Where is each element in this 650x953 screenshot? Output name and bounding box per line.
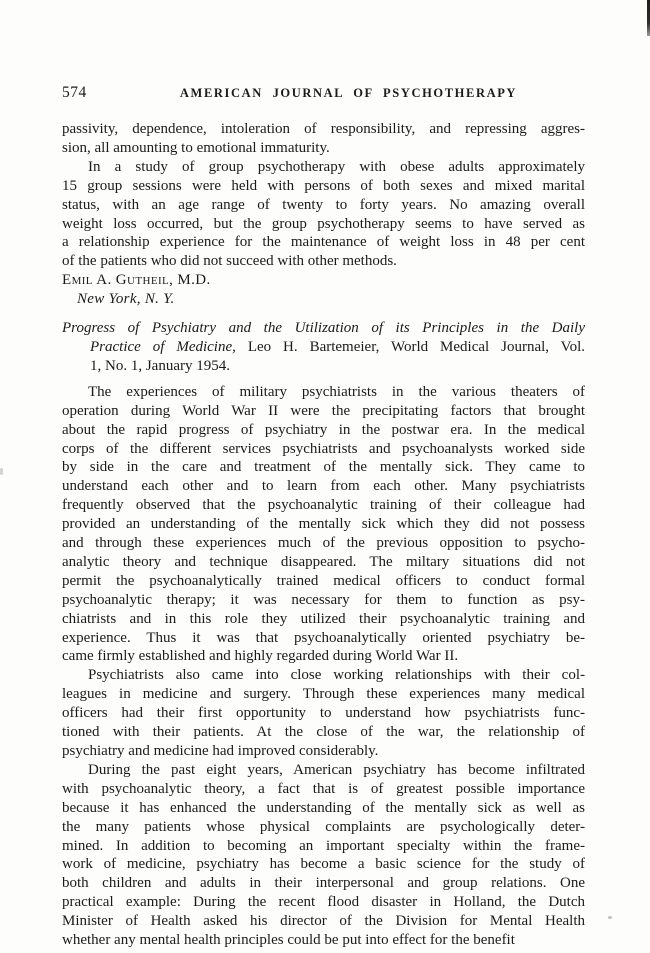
citation-source-part: 1, No. 1, January 1954. — [90, 358, 230, 374]
text-line: analytic theory and technique disappeare… — [62, 553, 585, 572]
text-line: weight loss occurred, but the group psyc… — [62, 215, 585, 234]
text-line: psychoanalytic therapy; it was necessary… — [62, 591, 585, 610]
journal-title: AMERICAN JOURNAL OF PSYCHOTHERAPY — [142, 86, 585, 101]
citation-source-part: Leo H. Bartemeier, World Medical Journal… — [236, 339, 585, 355]
text-line: a relationship experience for the mainte… — [62, 233, 585, 252]
text-line: with psychoanalytic theory, a fact that … — [62, 780, 585, 799]
scan-artifact-smudge — [0, 468, 3, 475]
text-line: practical example: During the recent flo… — [62, 893, 585, 912]
text-line: In a study of group psychotherapy with o… — [62, 158, 585, 177]
text-line: 15 group sessions were held with persons… — [62, 177, 585, 196]
text-line: about the rapid progress of psychiatry i… — [62, 421, 585, 440]
text-line: psychiatry and medicine had improved con… — [62, 742, 585, 761]
text-line: frequently observed that the psychoanaly… — [62, 496, 585, 515]
author-signature: Emil A. Gutheil, M.D. — [62, 271, 585, 290]
text-line: During the past eight years, American ps… — [62, 761, 585, 780]
citation-title-part: Progress of Psychiatry and the Utilizati… — [62, 320, 585, 336]
text-line: by side in the care and treatment of the… — [62, 458, 585, 477]
text-line: experience. Thus it was that psychoanaly… — [62, 629, 585, 648]
citation-line: Practice of Medicine, Leo H. Bartemeier,… — [62, 338, 585, 357]
text-line: status, with an age range of twenty to f… — [62, 196, 585, 215]
page-text-body: passivity, dependence, intoleration of r… — [62, 120, 585, 950]
text-line: Minister of Health asked his director of… — [62, 912, 585, 931]
page-number: 574 — [62, 84, 142, 102]
citation-title-part: Practice of Medicine, — [90, 339, 236, 355]
text-line: whether any mental health principles cou… — [62, 931, 585, 950]
text-line: the many patients whose physical complai… — [62, 818, 585, 837]
text-line: tioned with their patients. At the close… — [62, 723, 585, 742]
text-line: chiatrists and in this role they utilize… — [62, 610, 585, 629]
text-line: understand each other and to learn from … — [62, 477, 585, 496]
text-line: provided an understanding of the mentall… — [62, 515, 585, 534]
author-location: New York, N. Y. — [62, 290, 585, 309]
running-head: 574 AMERICAN JOURNAL OF PSYCHOTHERAPY — [62, 84, 585, 102]
text-line: work of medicine, psychiatry has become … — [62, 855, 585, 874]
text-line: because it has enhanced the understandin… — [62, 799, 585, 818]
citation-line: Progress of Psychiatry and the Utilizati… — [62, 319, 585, 338]
citation-line: 1, No. 1, January 1954. — [62, 357, 585, 376]
text-line: Psychiatrists also came into close worki… — [62, 666, 585, 685]
text-line: passivity, dependence, intoleration of r… — [62, 120, 585, 139]
text-line: operation during World War II were the p… — [62, 402, 585, 421]
text-line: sion, all amounting to emotional immatur… — [62, 139, 585, 158]
text-line: The experiences of military psychiatrist… — [62, 383, 585, 402]
text-line: mined. In addition to becoming an import… — [62, 837, 585, 856]
text-line: officers had their first opportunity to … — [62, 704, 585, 723]
text-line: and through these experiences much of th… — [62, 534, 585, 553]
text-line: came firmly established and highly regar… — [62, 647, 585, 666]
text-line: both children and adults in their interp… — [62, 874, 585, 893]
scan-artifact-dot — [608, 916, 612, 919]
text-line: permit the psychoanalytically trained me… — [62, 572, 585, 591]
text-line: leagues in medicine and surgery. Through… — [62, 685, 585, 704]
text-line: of the patients who did not succeed with… — [62, 252, 585, 271]
journal-page: 574 AMERICAN JOURNAL OF PSYCHOTHERAPY pa… — [0, 0, 650, 953]
text-line: corps of the different services psychiat… — [62, 440, 585, 459]
